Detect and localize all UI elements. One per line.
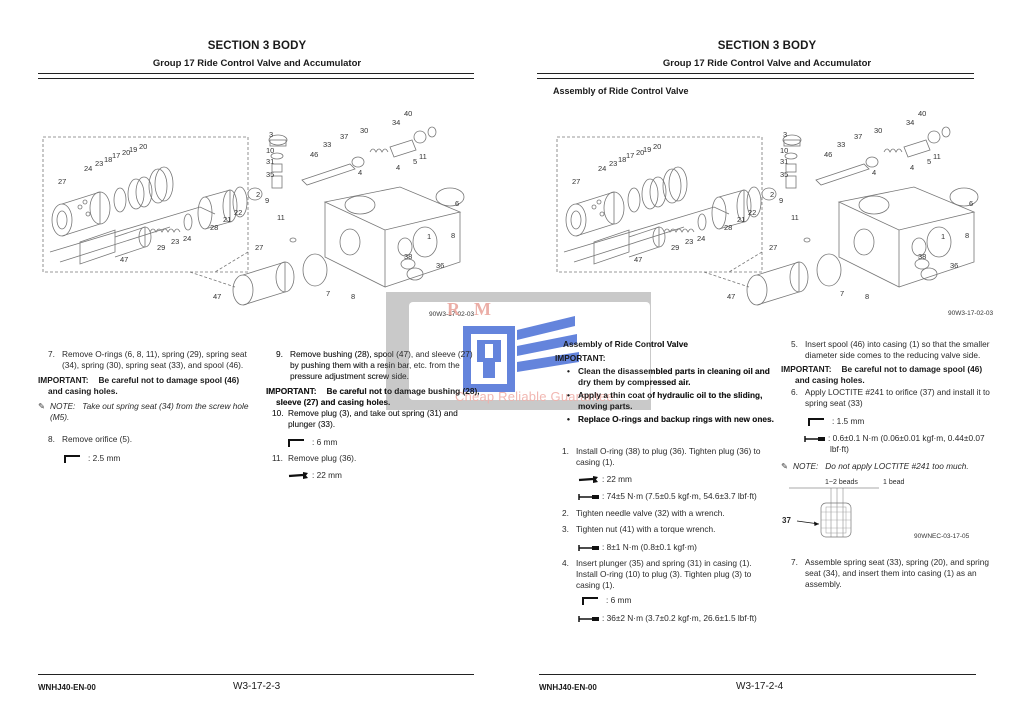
step-9-overlay: 9. Remove bushing (28), spool (47), and …: [276, 349, 476, 382]
svg-text:4: 4: [396, 163, 400, 172]
svg-text:36: 36: [436, 261, 444, 270]
step-1: 1. Install O-ring (38) to plug (36). Tig…: [562, 446, 762, 468]
svg-text:17: 17: [112, 151, 120, 160]
svg-text:37: 37: [340, 132, 348, 141]
step-2: 2. Tighten needle valve (32) with a wren…: [562, 508, 772, 519]
footer-rule: [38, 674, 474, 675]
page-number: W3-17-2-4: [736, 681, 783, 692]
svg-text:8: 8: [351, 292, 355, 301]
spec-torque-0-6: : 0.6±0.1 N·m (0.06±0.01 kgf·m, 0.44±0.0…: [804, 433, 985, 455]
svg-text:28: 28: [724, 223, 732, 232]
footer-rule: [539, 674, 976, 675]
svg-text:20: 20: [653, 142, 661, 151]
svg-text:27: 27: [572, 177, 580, 186]
step-7: 7. Assemble spring seat (33), spring (20…: [791, 557, 991, 590]
svg-text:24: 24: [697, 234, 705, 243]
svg-text:11: 11: [419, 152, 427, 161]
svg-text:10: 10: [780, 146, 788, 155]
svg-text:24: 24: [183, 234, 191, 243]
svg-text:23: 23: [609, 159, 617, 168]
svg-text:23: 23: [685, 237, 693, 246]
important-note-1: IMPORTANT:Be careful not to damage spool…: [38, 375, 253, 397]
svg-text:37: 37: [854, 132, 862, 141]
spec-hex-6: : 6 mm: [582, 595, 631, 606]
svg-text:29: 29: [671, 243, 679, 252]
svg-text:17: 17: [626, 151, 634, 160]
page-number: W3-17-2-3: [233, 681, 280, 692]
svg-text:22: 22: [234, 208, 242, 217]
svg-text:9: 9: [779, 196, 783, 205]
svg-text:34: 34: [906, 118, 914, 127]
beads-right-label: 1 bead: [883, 477, 904, 488]
svg-text:8: 8: [965, 231, 969, 240]
svg-text:19: 19: [129, 145, 137, 154]
svg-text:27: 27: [255, 243, 263, 252]
ride-control-valve-exploded-view: 272423 181720 1920 222128 242329 47 3103…: [40, 102, 480, 312]
group-subtitle: Group 17 Ride Control Valve and Accumula…: [0, 58, 514, 69]
svg-text:11: 11: [277, 213, 285, 222]
svg-text:46: 46: [310, 150, 318, 159]
svg-text:6: 6: [969, 199, 973, 208]
svg-text:1: 1: [427, 232, 431, 241]
torque-wrench-icon: [578, 543, 600, 552]
spec-wrench-22: : 22 mm: [578, 474, 632, 485]
ride-control-valve-exploded-view: 272423 181720 1920 222128 242329 47 3103…: [554, 102, 994, 312]
step-8: 8. Remove orifice (5).: [48, 434, 248, 445]
svg-text:8: 8: [865, 292, 869, 301]
step-3: 3. Tighten nut (41) with a torque wrench…: [562, 524, 772, 535]
pencil-icon: ✎: [38, 401, 50, 412]
callout-part-number: 37: [782, 515, 791, 526]
svg-text:30: 30: [874, 126, 882, 135]
svg-text:23: 23: [95, 159, 103, 168]
svg-text:11: 11: [933, 152, 941, 161]
important-note-2-overlay: IMPORTANT:Be careful not to damage bushi…: [266, 386, 496, 408]
group-subtitle: Group 17 Ride Control Valve and Accumula…: [510, 58, 1024, 69]
hex-key-icon: [808, 417, 830, 426]
svg-text:23: 23: [171, 237, 179, 246]
svg-text:1: 1: [941, 232, 945, 241]
section-title: SECTION 3 BODY: [0, 40, 514, 52]
svg-text:35: 35: [780, 170, 788, 179]
svg-text:4: 4: [910, 163, 914, 172]
svg-text:28: 28: [210, 223, 218, 232]
spec-torque-74: : 74±5 N·m (7.5±0.5 kgf·m, 54.6±3.7 lbf·…: [578, 491, 757, 502]
doc-code: WNHJ40-EN-00: [539, 683, 597, 692]
svg-text:3: 3: [269, 130, 273, 139]
torque-wrench-icon: [804, 434, 826, 443]
svg-text:30: 30: [360, 126, 368, 135]
wrench-icon: [288, 471, 310, 480]
spec-torque-8: : 8±1 N·m (0.8±0.1 kgf·m): [578, 542, 697, 553]
svg-text:24: 24: [598, 164, 606, 173]
exploded-diagram: 272423 181720 1920 222128 242329 47 3103…: [554, 102, 994, 312]
svg-text:47: 47: [727, 292, 735, 301]
step-10-overlay: 10. Remove plug (3), and take out spring…: [272, 408, 472, 430]
step-5: 5. Insert spool (46) into casing (1) so …: [791, 339, 991, 361]
svg-text:20: 20: [139, 142, 147, 151]
svg-text:27: 27: [769, 243, 777, 252]
doc-code: WNHJ40-EN-00: [38, 683, 96, 692]
important-bullets-overlay: Clean the disassembled parts in cleaning…: [567, 366, 777, 428]
svg-text:40: 40: [404, 109, 412, 118]
svg-text:7: 7: [326, 289, 330, 298]
svg-text:8: 8: [451, 231, 455, 240]
svg-text:40: 40: [918, 109, 926, 118]
svg-text:47: 47: [634, 255, 642, 264]
svg-text:5: 5: [413, 157, 417, 166]
svg-text:5: 5: [927, 157, 931, 166]
hex-key-icon: [582, 596, 604, 605]
beads-left-label: 1~2 beads: [825, 477, 858, 488]
step-7: 7. Remove O-rings (6, 8, 11), spring (29…: [48, 349, 248, 371]
note-loctite: ✎NOTE: Do not apply LOCTITE #241 too muc…: [781, 461, 1001, 472]
svg-text:35: 35: [266, 170, 274, 179]
section-title: SECTION 3 BODY: [510, 40, 1024, 52]
svg-text:2: 2: [770, 190, 774, 199]
spec-hex-2-5: : 2.5 mm: [64, 453, 120, 464]
svg-text:2: 2: [256, 190, 260, 199]
note-1: ✎NOTE: Take out spring seat (34) from th…: [38, 401, 253, 423]
header-rule: [537, 73, 974, 79]
hex-key-icon: [64, 454, 86, 463]
svg-text:22: 22: [748, 208, 756, 217]
svg-text:3: 3: [783, 130, 787, 139]
svg-text:6: 6: [455, 199, 459, 208]
svg-text:36: 36: [950, 261, 958, 270]
svg-text:10: 10: [266, 146, 274, 155]
svg-text:7: 7: [840, 289, 844, 298]
spec-wrench-22: : 22 mm: [288, 470, 342, 481]
svg-text:38: 38: [918, 252, 926, 261]
hex-key-icon: [288, 438, 310, 447]
wrench-icon: [578, 475, 600, 484]
callout-figure-code: 90WNEC-03-17-05: [914, 533, 969, 540]
svg-text:21: 21: [737, 215, 745, 224]
svg-text:9: 9: [265, 196, 269, 205]
svg-text:11: 11: [791, 213, 799, 222]
spec-hex-6: : 6 mm: [288, 437, 337, 448]
svg-text:31: 31: [780, 157, 788, 166]
important-note: IMPORTANT:Be careful not to damage spool…: [781, 364, 1001, 386]
spec-hex-1-5: : 1.5 mm: [808, 416, 864, 427]
svg-text:38: 38: [404, 252, 412, 261]
svg-text:31: 31: [266, 157, 274, 166]
assembly-heading-overlay: Assembly of Ride Control Valve: [563, 339, 688, 350]
figure-code: 90W3-17-02-03: [948, 310, 993, 317]
svg-text:21: 21: [223, 215, 231, 224]
exploded-diagram: 272423 181720 1920 222128 242329 47 3103…: [40, 102, 480, 312]
svg-text:29: 29: [157, 243, 165, 252]
spec-torque-36: : 36±2 N·m (3.7±0.2 kgf·m, 26.6±1.5 lbf·…: [578, 613, 757, 624]
torque-wrench-icon: [578, 492, 600, 501]
step-4: 4. Insert plunger (35) and spring (31) i…: [562, 558, 767, 591]
svg-text:46: 46: [824, 150, 832, 159]
svg-text:33: 33: [323, 140, 331, 149]
step-6: 6. Apply LOCTITE #241 to orifice (37) an…: [791, 387, 991, 409]
svg-text:4: 4: [872, 168, 876, 177]
header-rule: [38, 73, 474, 79]
torque-wrench-icon: [578, 614, 600, 623]
svg-text:33: 33: [837, 140, 845, 149]
svg-text:19: 19: [643, 145, 651, 154]
svg-text:27: 27: [58, 177, 66, 186]
important-label-overlay: IMPORTANT:: [555, 353, 606, 364]
section-heading: Assembly of Ride Control Valve: [553, 86, 689, 96]
step-11: 11. Remove plug (36).: [272, 453, 472, 464]
svg-text:24: 24: [84, 164, 92, 173]
svg-text:4: 4: [358, 168, 362, 177]
pencil-icon: ✎: [781, 461, 793, 472]
svg-text:47: 47: [120, 255, 128, 264]
svg-text:34: 34: [392, 118, 400, 127]
svg-text:47: 47: [213, 292, 221, 301]
